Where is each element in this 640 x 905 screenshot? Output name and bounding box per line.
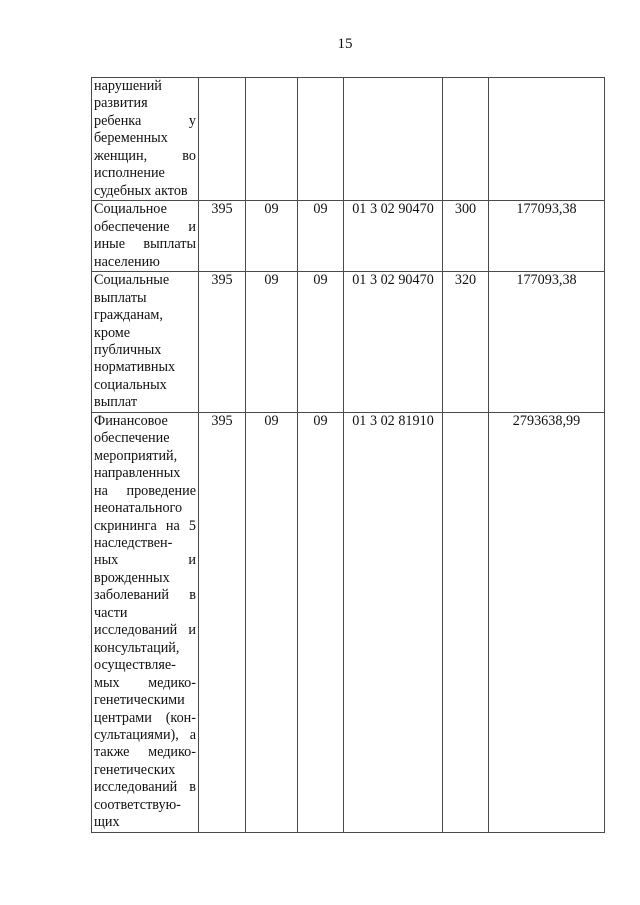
name-text-line: обеспечение и — [94, 219, 196, 236]
cell-target-article: 01 3 02 90470 — [344, 201, 443, 272]
name-text-line: наследствен- — [94, 535, 196, 552]
cell-subsection: 09 — [298, 272, 344, 413]
name-text-line: скрининга на 5 — [94, 518, 196, 535]
table-row: Финансовоеобеспечениемероприятий,направл… — [92, 412, 605, 832]
name-text-line: центрами (кон- — [94, 710, 196, 727]
budget-table: нарушенийразвитияребенка убеременныхженщ… — [91, 77, 605, 833]
name-text-line: иные выплаты — [94, 236, 196, 253]
name-text-line: исследований и — [94, 622, 196, 639]
name-text-line: направленных — [94, 465, 196, 482]
name-text-line: также медико- — [94, 744, 196, 761]
cell-section: 09 — [246, 412, 298, 832]
name-text-line: выплаты — [94, 290, 196, 307]
cell-amount: 177093,38 — [489, 201, 605, 272]
name-text-line: социальных — [94, 377, 196, 394]
name-text-line: на проведение — [94, 483, 196, 500]
cell-ministry — [199, 78, 246, 201]
name-text-line: гражданам, — [94, 307, 196, 324]
cell-expense-type: 320 — [443, 272, 489, 413]
table-row: нарушенийразвитияребенка убеременныхженщ… — [92, 78, 605, 201]
name-text-line: части — [94, 605, 196, 622]
cell-expense-type — [443, 412, 489, 832]
cell-ministry: 395 — [199, 201, 246, 272]
name-text-line: врожденных — [94, 570, 196, 587]
cell-subsection: 09 — [298, 201, 344, 272]
cell-subsection — [298, 78, 344, 201]
cell-name: Социальноеобеспечение ииные выплатынасел… — [92, 201, 199, 272]
name-text-line: женщин, во — [94, 148, 196, 165]
name-text-line: ребенка у — [94, 113, 196, 130]
name-text-line: выплат — [94, 394, 196, 411]
name-text-line: неонатального — [94, 500, 196, 517]
name-text-line: публичных — [94, 342, 196, 359]
name-text-line: судебных актов — [94, 183, 196, 200]
name-text-line: мероприятий, — [94, 448, 196, 465]
cell-amount: 2793638,99 — [489, 412, 605, 832]
cell-name: Финансовоеобеспечениемероприятий,направл… — [92, 412, 199, 832]
name-text-line: заболеваний в — [94, 587, 196, 604]
name-text-line: Социальное — [94, 201, 196, 218]
name-text-line: Социальные — [94, 272, 196, 289]
name-text-line: соответствую- — [94, 797, 196, 814]
cell-target-article — [344, 78, 443, 201]
name-text-line: ных и — [94, 552, 196, 569]
name-text-line: исследований в — [94, 779, 196, 796]
name-text-line: осуществляе- — [94, 657, 196, 674]
name-text-line: населению — [94, 254, 196, 271]
name-text-line: мых медико- — [94, 675, 196, 692]
cell-target-article: 01 3 02 81910 — [344, 412, 443, 832]
name-text-line: генетических — [94, 762, 196, 779]
cell-section — [246, 78, 298, 201]
name-text-line: исполнение — [94, 165, 196, 182]
cell-subsection: 09 — [298, 412, 344, 832]
name-text-line: щих — [94, 814, 196, 831]
name-text-line: нарушений — [94, 78, 196, 95]
table-body: нарушенийразвитияребенка убеременныхженщ… — [92, 78, 605, 833]
table-row: Социальноеобеспечение ииные выплатынасел… — [92, 201, 605, 272]
cell-amount — [489, 78, 605, 201]
name-text-line: кроме — [94, 325, 196, 342]
cell-section: 09 — [246, 272, 298, 413]
cell-name: нарушенийразвитияребенка убеременныхженщ… — [92, 78, 199, 201]
cell-name: Социальныевыплатыгражданам,кромепубличны… — [92, 272, 199, 413]
name-text-line: беременных — [94, 130, 196, 147]
cell-ministry: 395 — [199, 412, 246, 832]
cell-expense-type: 300 — [443, 201, 489, 272]
cell-expense-type — [443, 78, 489, 201]
page-number: 15 — [0, 36, 640, 53]
cell-ministry: 395 — [199, 272, 246, 413]
name-text-line: Финансовое — [94, 413, 196, 430]
name-text-line: генетическими — [94, 692, 196, 709]
table-row: Социальныевыплатыгражданам,кромепубличны… — [92, 272, 605, 413]
name-text-line: обеспечение — [94, 430, 196, 447]
name-text-line: консультаций, — [94, 640, 196, 657]
name-text-line: нормативных — [94, 359, 196, 376]
cell-section: 09 — [246, 201, 298, 272]
cell-amount: 177093,38 — [489, 272, 605, 413]
name-text-line: сультациями), а — [94, 727, 196, 744]
name-text-line: развития — [94, 95, 196, 112]
cell-target-article: 01 3 02 90470 — [344, 272, 443, 413]
